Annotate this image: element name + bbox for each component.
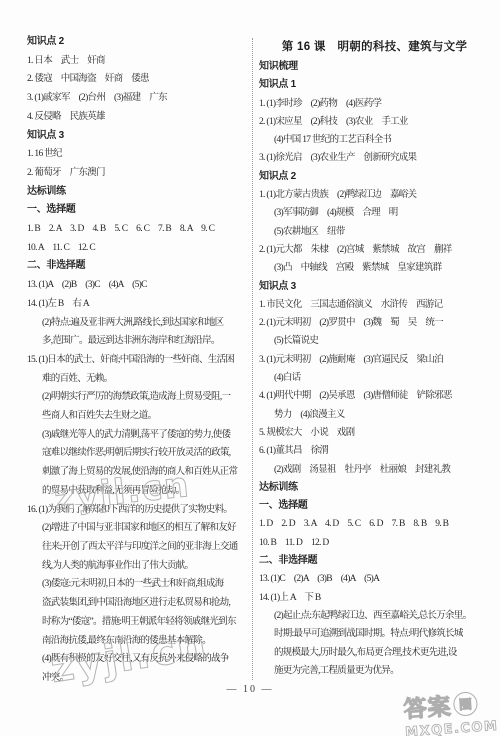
answer-line: 些商人和百姓失去生财之道。: [27, 407, 249, 426]
answer-line: 盗武装集团,到中国沿海地区进行走私贸易和抢劫,: [27, 594, 249, 613]
header-knowledge-review: 知识梳理: [259, 58, 490, 76]
answer-line: 寇难以继续作恶;明朝后期实行较开放灵活的政策,: [27, 444, 249, 463]
answer-line: (5)农耕地区 纽带: [259, 223, 490, 241]
header-choice-questions: 一、选择题: [27, 201, 249, 220]
answer-line: 1. 市民文化 三国志通俗演义 水浒传 西游记: [259, 296, 490, 314]
scanned-answer-page: 知识点 2 1. 日本 武士 奸商 2. 倭寇 中国海盗 奸商 倭患 3. (1…: [0, 0, 500, 736]
answer-line: 3. (1)戚家军 (2)台州 (3)福建 广东: [27, 89, 249, 108]
answer-line: 2. (1)元大都 朱棣 (2)宫城 紫禁城 故宫 蒯祥: [259, 241, 490, 259]
answer-line: 的规模最大,历时最久,布局更合理,技术更先进,设: [259, 644, 490, 662]
answer-line: (4)白话: [259, 369, 490, 387]
answer-line: 1. 日本 武士 奸商: [27, 52, 249, 71]
answer-line: (2)特点:遍及亚非两大洲,路线长,到达国家和地区: [27, 314, 249, 333]
answer-line: 13. (1)A (2)B (3)C (4)A (5)C: [27, 276, 249, 295]
answer-line: 势力 (4)浪漫主义: [259, 406, 490, 424]
answer-line: (4)既有积极的友好交往,又有反抗外来侵略的战争: [27, 650, 249, 669]
answer-line: (2)戏剧 汤显祖 牡丹亭 杜丽娘 封建礼教: [259, 461, 490, 479]
answer-line: 2. (1)元末明初 (2)罗贯中 (3)魏 蜀 吴 统一: [259, 314, 490, 332]
answer-line: 4. (1)明代中期 (2)吴承恩 (3)唐僧师徒 铲除邪恶: [259, 387, 490, 405]
answer-line: 3. (1)元末明初 (2)施耐庵 (3)官逼民反 梁山泊: [259, 351, 490, 369]
answer-line: (2)明朝实行严厉的海禁政策,造成海上贸易受阻,一: [27, 388, 249, 407]
answer-line: (3)戚继光等人的武力清剿,荡平了倭寇的势力,使倭: [27, 426, 249, 445]
answer-line: 1. (1)北方蒙古贵族 (2)鸭绿江边 嘉峪关: [259, 186, 490, 204]
column-divider: [252, 38, 253, 680]
answer-line: 时称为“倭寇”。措施:明王朝派年轻将领戚继光到东: [27, 613, 249, 632]
answer-line: 的贸易中获取利益,无须再冒险抢劫。: [27, 482, 249, 501]
answer-line: 6. (1)董其昌 徐渭: [259, 442, 490, 460]
answer-line: (3)凸 中轴线 宫殿 紫禁城 皇家建筑群: [259, 259, 490, 277]
header-standard-training: 达标训练: [27, 183, 249, 202]
header-knowledge-point-1: 知识点 1: [259, 76, 490, 94]
page-number: — 10 —: [0, 684, 500, 695]
answer-line: 4. 反侵略 民族英雄: [27, 108, 249, 127]
answer-line: 10. A 11. C 12. C: [27, 239, 249, 258]
answer-line: (3)军事防御 (4)规模 合理 明: [259, 204, 490, 222]
answer-line: 难的百姓、无赖。: [27, 370, 249, 389]
header-knowledge-point-2: 知识点 2: [259, 168, 490, 186]
header-knowledge-point-2: 知识点 2: [27, 33, 249, 52]
header-choice-questions: 一、选择题: [259, 497, 490, 515]
answer-line: 往来;开创了西太平洋与印度洋之间的亚非海上交通: [27, 538, 249, 557]
answer-line: (4)中国 17 世纪的工艺百科全书: [259, 131, 490, 149]
answer-line: 1. D 2. D 3. A 4. D 5. C 6. D 7. B 8. B …: [259, 515, 490, 533]
answer-line: 15. (1)日本的武士、奸商;中国沿海的一些奸商、生活困: [27, 351, 249, 370]
lesson-title: 第 16 课 明朝的科技、建筑与文学: [259, 37, 490, 58]
header-nonchoice-questions: 二、非选择题: [259, 552, 490, 570]
answer-line: 多,范围广。最远到达非洲东海岸和红海沿岸。: [27, 332, 249, 351]
answer-line: (3)倭寇:元末明初,日本的一些武士和奸商,组成海: [27, 575, 249, 594]
answer-line: 1. (1)李时珍 (2)药物 (4)医药学: [259, 95, 490, 113]
answer-line: 南沿海抗倭,最终东南沿海的倭患基本解除。: [27, 632, 249, 651]
watermark-site-url: MXQE.COM: [405, 719, 499, 736]
answer-line: 2. 葡萄牙 广东澳门: [27, 164, 249, 183]
answer-line: 1. B 2. A 3. D 4. B 5. C 6. C 7. B 8. A …: [27, 220, 249, 239]
answer-line: (2)增进了中国与亚非国家和地区的相互了解和友好: [27, 519, 249, 538]
answer-line: 16. (1)为我们了解郑和下西洋的历史提供了实物史料。: [27, 501, 249, 520]
answer-line: 2. (1)宋应星 (2)科技 (3)农业 手工业: [259, 113, 490, 131]
answer-line: 1. 16 世纪: [27, 145, 249, 164]
answer-line: 14. (1)左 B 右 A: [27, 295, 249, 314]
answer-line: 10. B 11. D 12. D: [259, 534, 490, 552]
answer-line: (2)起止点:东起鸭绿江边、西至嘉峪关,总长万余里。: [259, 607, 490, 625]
answer-line: 刺激了海上贸易的发展,使沿海的商人和百姓从正常: [27, 463, 249, 482]
header-standard-training: 达标训练: [259, 479, 490, 497]
answer-line: (5)长篇说史: [259, 332, 490, 350]
header-knowledge-point-3: 知识点 3: [27, 127, 249, 146]
answer-line: 2. 倭寇 中国海盗 奸商 倭患: [27, 70, 249, 89]
header-nonchoice-questions: 二、非选择题: [27, 257, 249, 276]
answer-line: 5. 规模宏大 小说 戏剧: [259, 424, 490, 442]
answer-line: 3. (1)徐光启 (3)农业生产 创新研究成果: [259, 149, 490, 167]
left-column: 知识点 2 1. 日本 武士 奸商 2. 倭寇 中国海盗 奸商 倭患 3. (1…: [27, 33, 249, 688]
answer-line: 施更为完善,工程质量更为优异。: [259, 662, 490, 680]
answer-line: 时期:最早可追溯到战国时期。特点:明代修筑长城: [259, 625, 490, 643]
right-column: 第 16 课 明朝的科技、建筑与文学 知识梳理 知识点 1 1. (1)李时珍 …: [259, 37, 490, 680]
answer-line: 线,为人类的航海事业作出了伟大贡献。: [27, 557, 249, 576]
answer-line: 13. (1)C (2)A (3)B (4)A (5)A: [259, 570, 490, 588]
header-knowledge-point-3: 知识点 3: [259, 278, 490, 296]
answer-line: 14. (1)上 A 下 B: [259, 589, 490, 607]
